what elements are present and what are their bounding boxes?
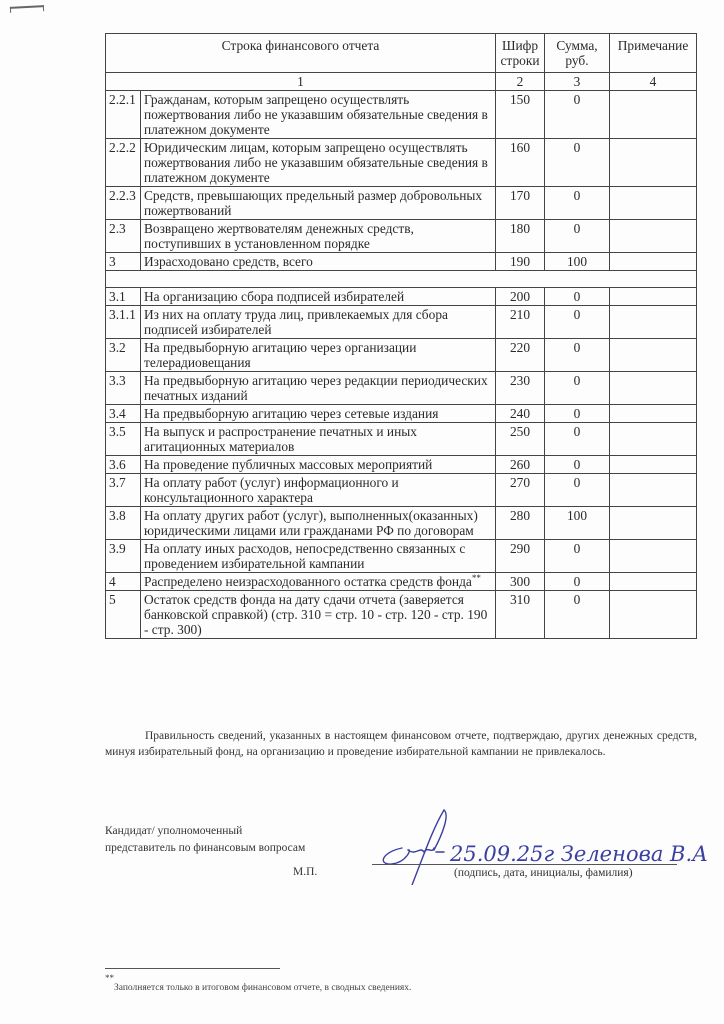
row-cipher-text: 280 (510, 508, 530, 523)
row-code-text: 2.2.3 (109, 188, 136, 203)
row-description-text: На оплату иных расходов, непосредственно… (144, 541, 465, 571)
row-sum: 0 (545, 187, 610, 220)
row-cipher: 180 (496, 220, 545, 253)
row-cipher: 270 (496, 474, 545, 507)
row-code-text: 2.2.2 (109, 140, 136, 155)
row-cipher: 290 (496, 540, 545, 573)
row-code: 3.7 (106, 474, 141, 507)
row-description: Остаток средств фонда на дату сдачи отче… (141, 591, 496, 639)
spacer-row (106, 271, 697, 288)
row-description: Средств, превышающих предельный размер д… (141, 187, 496, 220)
row-cipher: 160 (496, 139, 545, 187)
row-sum-text: 0 (574, 140, 581, 155)
table-row: 3.2На предвыборную агитацию через органи… (106, 339, 697, 372)
row-sum-text: 0 (574, 541, 581, 556)
row-sum: 0 (545, 573, 610, 591)
row-code: 3 (106, 253, 141, 271)
header-row-label: Строка финансового отчета (106, 34, 496, 73)
row-note (610, 591, 697, 639)
row-sum-text: 0 (574, 92, 581, 107)
row-code: 2.2.2 (106, 139, 141, 187)
row-cipher-text: 170 (510, 188, 530, 203)
row-cipher-text: 250 (510, 424, 530, 439)
row-code: 3.5 (106, 423, 141, 456)
table-row: 3.1.1Из них на оплату труда лиц, привлек… (106, 306, 697, 339)
table-row: 4Распределено неизрасходованного остатка… (106, 573, 697, 591)
row-sum-text: 0 (574, 289, 581, 304)
row-sum: 0 (545, 456, 610, 474)
row-cipher: 210 (496, 306, 545, 339)
row-cipher-text: 180 (510, 221, 530, 236)
row-description-text: Израсходовано средств, всего (144, 254, 313, 269)
table-row: 2.3Возвращено жертвователям денежных сре… (106, 220, 697, 253)
row-sum-text: 0 (574, 307, 581, 322)
row-code-text: 3.5 (109, 424, 126, 439)
row-note (610, 540, 697, 573)
row-sum: 0 (545, 405, 610, 423)
row-description: Распределено неизрасходованного остатка … (141, 573, 496, 591)
row-description-text: На выпуск и распространение печатных и и… (144, 424, 417, 454)
row-description-text: Юридическим лицам, которым запрещено осу… (144, 140, 488, 185)
row-cipher-text: 190 (510, 254, 530, 269)
row-code: 2.3 (106, 220, 141, 253)
row-description-text: Остаток средств фонда на дату сдачи отче… (144, 592, 487, 637)
signer-label-line2: представитель по финансовым вопросам (105, 840, 305, 857)
row-cipher-text: 260 (510, 457, 530, 472)
row-description-text: Гражданам, которым запрещено осуществлят… (144, 92, 488, 137)
row-code: 2.2.1 (106, 91, 141, 139)
row-sum: 0 (545, 423, 610, 456)
row-description-text: На предвыборную агитацию через редакции … (144, 373, 488, 403)
row-description: На оплату работ (услуг) информационного … (141, 474, 496, 507)
row-cipher-text: 210 (510, 307, 530, 322)
column-number-row: 1 2 3 4 (106, 73, 697, 91)
row-sum-text: 0 (574, 188, 581, 203)
row-description: Возвращено жертвователям денежных средст… (141, 220, 496, 253)
financial-report-table: Строка финансового отчета Шифр строки Су… (105, 33, 697, 639)
footnote-reference: ** (472, 573, 481, 583)
row-cipher: 280 (496, 507, 545, 540)
row-sum: 0 (545, 474, 610, 507)
row-description-text: На оплату других работ (услуг), выполнен… (144, 508, 478, 538)
row-sum-text: 0 (574, 406, 581, 421)
row-description-text: На организацию сбора подписей избирателе… (144, 289, 404, 304)
row-description-text: На предвыборную агитацию через сетевые и… (144, 406, 438, 421)
row-cipher: 150 (496, 91, 545, 139)
signature-caption: (подпись, дата, инициалы, фамилия) (454, 867, 633, 879)
row-code: 5 (106, 591, 141, 639)
row-code: 3.9 (106, 540, 141, 573)
row-cipher-text: 200 (510, 289, 530, 304)
row-description: На проведение публичных массовых меропри… (141, 456, 496, 474)
table-row: 3.8На оплату других работ (услуг), выпол… (106, 507, 697, 540)
row-description-text: Средств, превышающих предельный размер д… (144, 188, 482, 218)
row-cipher-text: 270 (510, 475, 530, 490)
row-cipher: 190 (496, 253, 545, 271)
row-code-text: 4 (109, 574, 116, 589)
row-cipher: 170 (496, 187, 545, 220)
row-description-text: На проведение публичных массовых меропри… (144, 457, 432, 472)
row-cipher: 260 (496, 456, 545, 474)
row-cipher-text: 290 (510, 541, 530, 556)
row-description: На организацию сбора подписей избирателе… (141, 288, 496, 306)
row-sum: 0 (545, 540, 610, 573)
row-note (610, 405, 697, 423)
row-description: Из них на оплату труда лиц, привлекаемых… (141, 306, 496, 339)
column-number-3: 3 (545, 73, 610, 91)
row-code-text: 2.3 (109, 221, 126, 236)
row-description: На оплату иных расходов, непосредственно… (141, 540, 496, 573)
row-cipher: 300 (496, 573, 545, 591)
table-header-row: Строка финансового отчета Шифр строки Су… (106, 34, 697, 73)
row-note (610, 220, 697, 253)
signer-label-line1: Кандидат/ уполномоченный (105, 823, 305, 840)
signer-label: Кандидат/ уполномоченный представитель п… (105, 823, 305, 857)
table-row: 3.6На проведение публичных массовых меро… (106, 456, 697, 474)
row-code-text: 3.4 (109, 406, 126, 421)
row-description: Израсходовано средств, всего (141, 253, 496, 271)
row-sum-text: 0 (574, 221, 581, 236)
table-row: 3.9На оплату иных расходов, непосредстве… (106, 540, 697, 573)
scan-corner-mark (10, 5, 44, 13)
row-cipher-text: 310 (510, 592, 530, 607)
row-note (610, 474, 697, 507)
row-code: 2.2.3 (106, 187, 141, 220)
row-code: 4 (106, 573, 141, 591)
row-code-text: 3.9 (109, 541, 126, 556)
row-cipher: 250 (496, 423, 545, 456)
row-sum: 0 (545, 91, 610, 139)
footnote-text: Заполняется только в итоговом финансовом… (114, 983, 411, 993)
row-description: На выпуск и распространение печатных и и… (141, 423, 496, 456)
row-cipher-text: 220 (510, 340, 530, 355)
footnote-divider (105, 968, 280, 969)
stamp-label: М.П. (293, 866, 317, 878)
row-description: На предвыборную агитацию через редакции … (141, 372, 496, 405)
row-sum: 0 (545, 372, 610, 405)
row-cipher-text: 150 (510, 92, 530, 107)
row-note (610, 288, 697, 306)
row-note (610, 423, 697, 456)
table-row: 2.2.2Юридическим лицам, которым запрещен… (106, 139, 697, 187)
row-note (610, 253, 697, 271)
row-note (610, 306, 697, 339)
row-sum-text: 100 (567, 254, 587, 269)
row-description-text: Возвращено жертвователям денежных средст… (144, 221, 414, 251)
row-code: 3.3 (106, 372, 141, 405)
row-code-text: 3.8 (109, 508, 126, 523)
row-description: Гражданам, которым запрещено осуществлят… (141, 91, 496, 139)
row-code-text: 3.1.1 (109, 307, 136, 322)
row-description-text: Распределено неизрасходованного остатка … (144, 574, 472, 589)
row-code-text: 3.1 (109, 289, 126, 304)
row-code-text: 3.6 (109, 457, 126, 472)
row-sum: 100 (545, 253, 610, 271)
row-code: 3.2 (106, 339, 141, 372)
row-sum: 0 (545, 591, 610, 639)
handwritten-text: 25.09.25г Зеленова В.А (449, 842, 708, 866)
row-cipher-text: 240 (510, 406, 530, 421)
row-cipher-text: 300 (510, 574, 530, 589)
row-note (610, 372, 697, 405)
row-sum: 100 (545, 507, 610, 540)
row-description: На оплату других работ (услуг), выполнен… (141, 507, 496, 540)
row-code: 3.6 (106, 456, 141, 474)
table-row: 3.3На предвыборную агитацию через редакц… (106, 372, 697, 405)
row-code-text: 3.2 (109, 340, 126, 355)
row-code: 3.8 (106, 507, 141, 540)
table-row: 5Остаток средств фонда на дату сдачи отч… (106, 591, 697, 639)
row-cipher: 310 (496, 591, 545, 639)
signature-line (372, 864, 677, 865)
confirmation-statement: Правильность сведений, указанных в насто… (105, 728, 697, 760)
row-sum: 0 (545, 139, 610, 187)
row-description: Юридическим лицам, которым запрещено осу… (141, 139, 496, 187)
row-code-text: 2.2.1 (109, 92, 136, 107)
table-row: 2.2.1Гражданам, которым запрещено осущес… (106, 91, 697, 139)
row-description-text: Из них на оплату труда лиц, привлекаемых… (144, 307, 448, 337)
table-row: 3.5На выпуск и распространение печатных … (106, 423, 697, 456)
row-code-text: 5 (109, 592, 116, 607)
row-code: 3.1.1 (106, 306, 141, 339)
column-number-1: 1 (106, 73, 496, 91)
header-cipher: Шифр строки (496, 34, 545, 73)
table-row: 2.2.3Средств, превышающих предельный раз… (106, 187, 697, 220)
row-sum-text: 0 (574, 340, 581, 355)
row-sum-text: 100 (567, 508, 587, 523)
row-note (610, 507, 697, 540)
row-note (610, 339, 697, 372)
row-code-text: 3 (109, 254, 116, 269)
table-row: 3.4На предвыборную агитацию через сетевы… (106, 405, 697, 423)
row-cipher: 200 (496, 288, 545, 306)
row-sum-text: 0 (574, 592, 581, 607)
row-code: 3.1 (106, 288, 141, 306)
row-sum-text: 0 (574, 373, 581, 388)
row-note (610, 187, 697, 220)
header-note: Примечание (610, 34, 697, 73)
spacer-cell (106, 271, 697, 288)
row-sum: 0 (545, 220, 610, 253)
row-cipher-text: 230 (510, 373, 530, 388)
row-note (610, 573, 697, 591)
column-number-2: 2 (496, 73, 545, 91)
row-description-text: На предвыборную агитацию через организац… (144, 340, 416, 370)
table-row: 3Израсходовано средств, всего190100 (106, 253, 697, 271)
row-note (610, 91, 697, 139)
row-sum-text: 0 (574, 574, 581, 589)
column-number-4: 4 (610, 73, 697, 91)
row-cipher-text: 160 (510, 140, 530, 155)
header-sum: Сумма, руб. (545, 34, 610, 73)
row-sum: 0 (545, 288, 610, 306)
row-description-text: На оплату работ (услуг) информационного … (144, 475, 399, 505)
row-code: 3.4 (106, 405, 141, 423)
row-sum: 0 (545, 339, 610, 372)
row-note (610, 456, 697, 474)
footnote-mark: ** (105, 973, 114, 983)
table-row: 3.7На оплату работ (услуг) информационно… (106, 474, 697, 507)
statement-text: Правильность сведений, указанных в насто… (105, 730, 697, 758)
row-cipher: 240 (496, 405, 545, 423)
row-sum-text: 0 (574, 475, 581, 490)
row-code-text: 3.7 (109, 475, 126, 490)
row-description: На предвыборную агитацию через организац… (141, 339, 496, 372)
row-sum-text: 0 (574, 457, 581, 472)
row-note (610, 139, 697, 187)
row-cipher: 220 (496, 339, 545, 372)
row-sum-text: 0 (574, 424, 581, 439)
row-description: На предвыборную агитацию через сетевые и… (141, 405, 496, 423)
table-row: 3.1На организацию сбора подписей избират… (106, 288, 697, 306)
row-cipher: 230 (496, 372, 545, 405)
row-sum: 0 (545, 306, 610, 339)
row-code-text: 3.3 (109, 373, 126, 388)
